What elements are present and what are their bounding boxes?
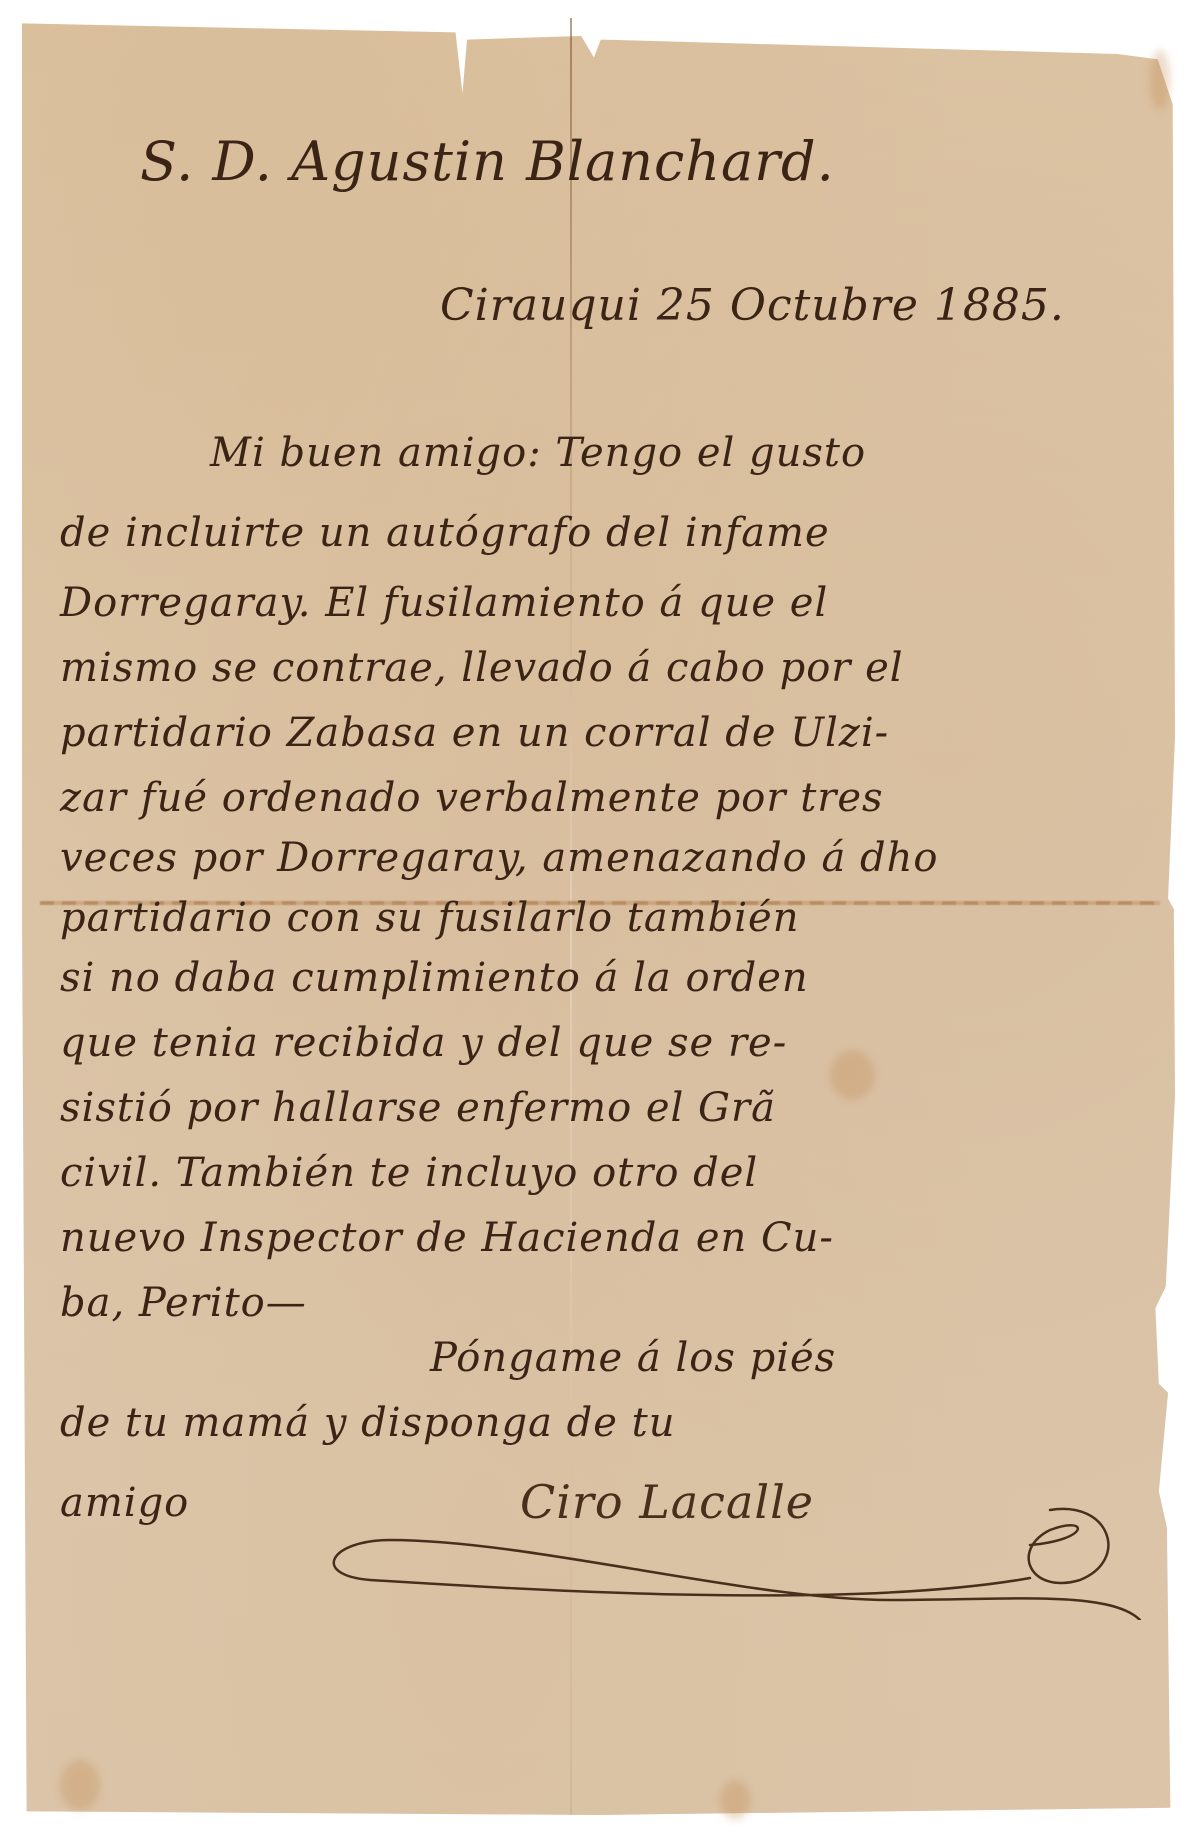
body-line: Dorregaray. El fusilamiento á que el xyxy=(60,580,828,626)
body-line: ba, Perito— xyxy=(60,1280,307,1326)
body-line: si no daba cumplimiento á la orden xyxy=(60,955,809,1001)
stain xyxy=(720,1780,750,1820)
body-line: que tenia recibida y del que se re- xyxy=(60,1020,787,1066)
body-line: partidario Zabasa en un corral de Ulzi- xyxy=(60,710,889,756)
stain xyxy=(1150,50,1170,110)
closing-line: amigo xyxy=(60,1480,189,1526)
closing-line: Póngame á los piés xyxy=(430,1335,836,1381)
body-line: mismo se contrae, llevado á cabo por el xyxy=(60,645,904,691)
addressee: S. D. Agustin Blanchard. xyxy=(140,130,835,193)
body-line: nuevo Inspector de Hacienda en Cu- xyxy=(60,1215,834,1261)
body-line: Mi buen amigo: Tengo el gusto xyxy=(210,430,866,476)
body-line: partidario con su fusilarlo también xyxy=(60,895,800,941)
stain xyxy=(830,1050,875,1100)
closing-line: de tu mamá y disponga de tu xyxy=(60,1400,676,1446)
body-line: de incluirte un autógrafo del infame xyxy=(60,510,830,556)
stain xyxy=(60,1760,100,1810)
dateline: Cirauqui 25 Octubre 1885. xyxy=(440,280,1065,331)
body-line: zar fué ordenado verbalmente por tres xyxy=(60,775,884,821)
body-line: veces por Dorregaray, amenazando á dho xyxy=(60,835,938,881)
signature-rubric-flourish xyxy=(330,1470,1150,1620)
body-line: civil. También te incluyo otro del xyxy=(60,1150,758,1196)
body-line: sistió por hallarse enfermo el Grã xyxy=(60,1085,776,1131)
